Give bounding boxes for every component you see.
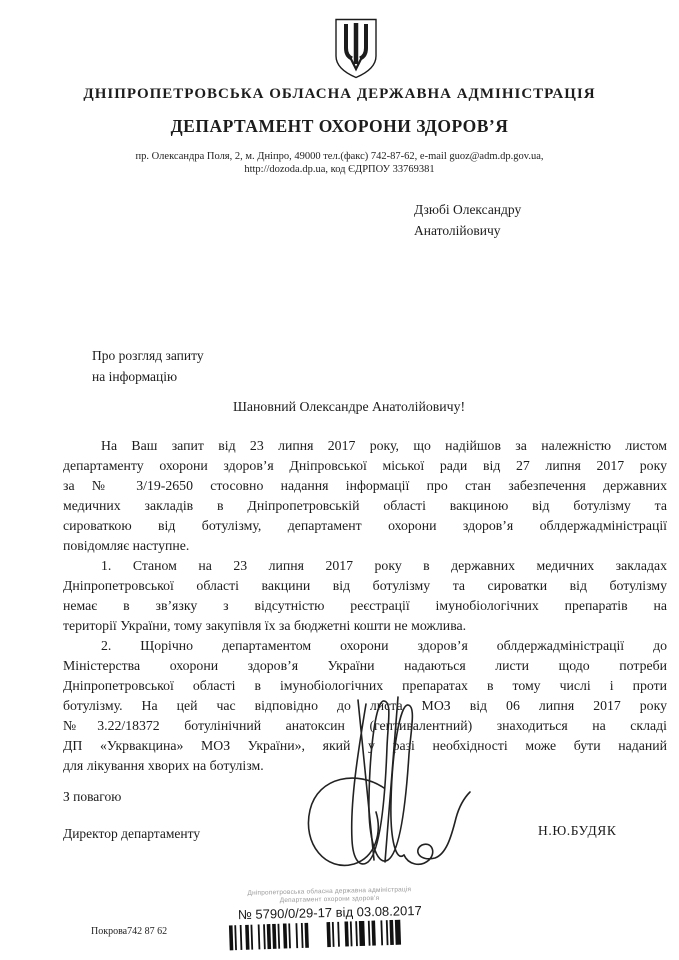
dept-name: ДЕПАРТАМЕНТ ОХОРОНИ ЗДОРОВ’Я bbox=[0, 116, 679, 137]
org-address: пр. Олександра Поля, 2, м. Дніпро, 49000… bbox=[0, 150, 679, 176]
signer-name: Н.Ю.БУДЯК bbox=[538, 823, 616, 839]
signer-position: Директор департаменту bbox=[63, 826, 200, 842]
salutation: Шановний Олександре Анатолійовичу! bbox=[233, 399, 465, 415]
closing-regards: З повагою bbox=[63, 789, 121, 805]
registration-stamp: Дніпропетровська обласна державна адміні… bbox=[204, 885, 455, 956]
address-line-1: пр. Олександра Поля, 2, м. Дніпро, 49000… bbox=[0, 150, 679, 163]
recipient-line-1: Дзюбі Олександру bbox=[414, 199, 521, 220]
handwritten-signature bbox=[288, 692, 473, 892]
address-line-2: http://dozoda.dp.ua, код ЄДРПОУ 33769381 bbox=[0, 163, 679, 176]
footer-note: Покрова742 87 62 bbox=[91, 926, 167, 937]
org-name: ДНІПРОПЕТРОВСЬКА ОБЛАСНА ДЕРЖАВНА АДМІНІ… bbox=[0, 86, 679, 103]
barcode bbox=[226, 919, 434, 952]
paragraph-2: 1. Станом на 23 липня 2017 року в держав… bbox=[63, 556, 667, 636]
trident-emblem-icon bbox=[333, 18, 379, 80]
scanned-letter-page: ДНІПРОПЕТРОВСЬКА ОБЛАСНА ДЕРЖАВНА АДМІНІ… bbox=[0, 0, 679, 960]
barcode-wrap bbox=[205, 918, 456, 957]
recipient-block: Дзюбі Олександру Анатолійовичу bbox=[414, 199, 521, 241]
subject-line-1: Про розгляд запиту bbox=[92, 345, 204, 366]
paragraph-1: На Ваш запит від 23 липня 2017 року, що … bbox=[63, 436, 667, 556]
recipient-line-2: Анатолійовичу bbox=[414, 220, 521, 241]
subject-block: Про розгляд запиту на інформацію bbox=[92, 345, 204, 387]
subject-line-2: на інформацію bbox=[92, 366, 204, 387]
